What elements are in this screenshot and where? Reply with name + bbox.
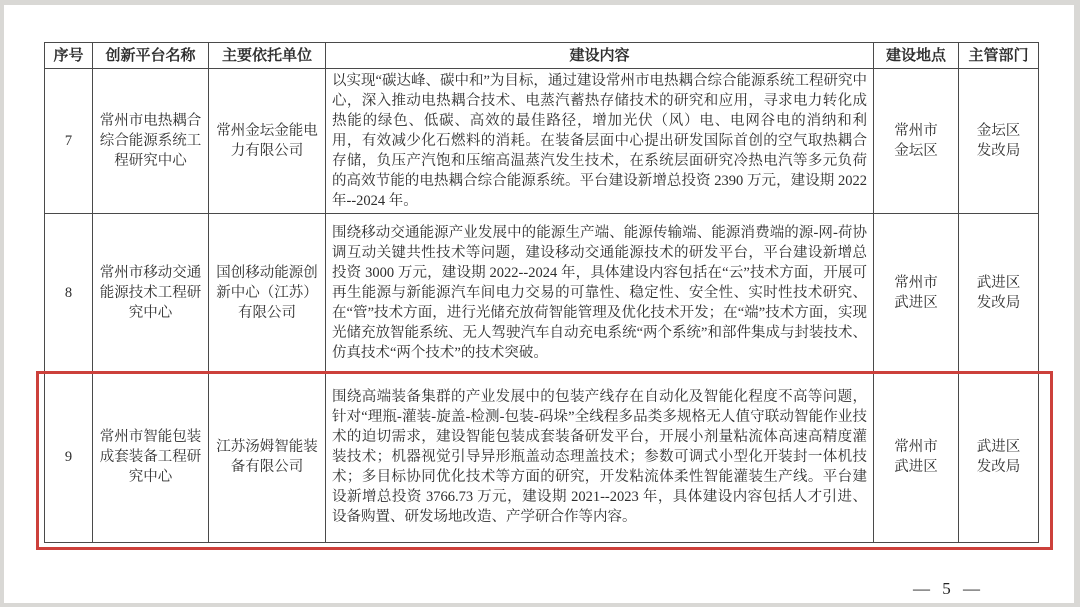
header-department: 主管部门 [959, 43, 1039, 69]
platform-name: 常州市移动交通能源技术工程研究中心 [93, 214, 209, 372]
table-row-highlighted: 9 常州市智能包装成套装备工程研究中心 江苏汤姆智能装备有限公司 围绕高端装备集… [45, 372, 1039, 543]
header-location: 建设地点 [874, 43, 959, 69]
table-header-row: 序号 创新平台名称 主要依托单位 建设内容 建设地点 主管部门 [45, 43, 1039, 69]
construction-content: 围绕移动交通能源产业发展中的能源生产端、能源传输端、能源消费端的源-网-荷协调互… [326, 214, 874, 372]
row-index: 8 [45, 214, 93, 372]
competent-department: 金坛区 发改局 [959, 69, 1039, 214]
platform-name: 常州市电热耦合综合能源系统工程研究中心 [93, 69, 209, 214]
header-platform-name: 创新平台名称 [93, 43, 209, 69]
construction-location: 常州市 武进区 [874, 214, 959, 372]
construction-location: 常州市 金坛区 [874, 69, 959, 214]
document-page: 序号 创新平台名称 主要依托单位 建设内容 建设地点 主管部门 7 常州市电热耦… [4, 5, 1074, 603]
platform-name: 常州市智能包装成套装备工程研究中心 [93, 372, 209, 543]
competent-department: 武进区 发改局 [959, 214, 1039, 372]
construction-location: 常州市 武进区 [874, 372, 959, 543]
construction-content: 以实现“碳达峰、碳中和”为目标，通过建设常州市电热耦合综合能源系统工程研究中心，… [326, 69, 874, 214]
innovation-platform-table: 序号 创新平台名称 主要依托单位 建设内容 建设地点 主管部门 7 常州市电热耦… [44, 42, 1039, 543]
construction-content: 围绕高端装备集群的产业发展中的包装产线存在自动化及智能化程度不高等问题，针对“理… [326, 372, 874, 543]
supporting-unit: 国创移动能源创新中心（江苏）有限公司 [209, 214, 326, 372]
page-number: — 5 — [913, 579, 984, 599]
supporting-unit: 常州金坛金能电力有限公司 [209, 69, 326, 214]
header-construction-content: 建设内容 [326, 43, 874, 69]
table-row: 7 常州市电热耦合综合能源系统工程研究中心 常州金坛金能电力有限公司 以实现“碳… [45, 69, 1039, 214]
header-supporting-unit: 主要依托单位 [209, 43, 326, 69]
header-index: 序号 [45, 43, 93, 69]
competent-department: 武进区 发改局 [959, 372, 1039, 543]
row-index: 7 [45, 69, 93, 214]
row-index: 9 [45, 372, 93, 543]
table-row: 8 常州市移动交通能源技术工程研究中心 国创移动能源创新中心（江苏）有限公司 围… [45, 214, 1039, 372]
supporting-unit: 江苏汤姆智能装备有限公司 [209, 372, 326, 543]
